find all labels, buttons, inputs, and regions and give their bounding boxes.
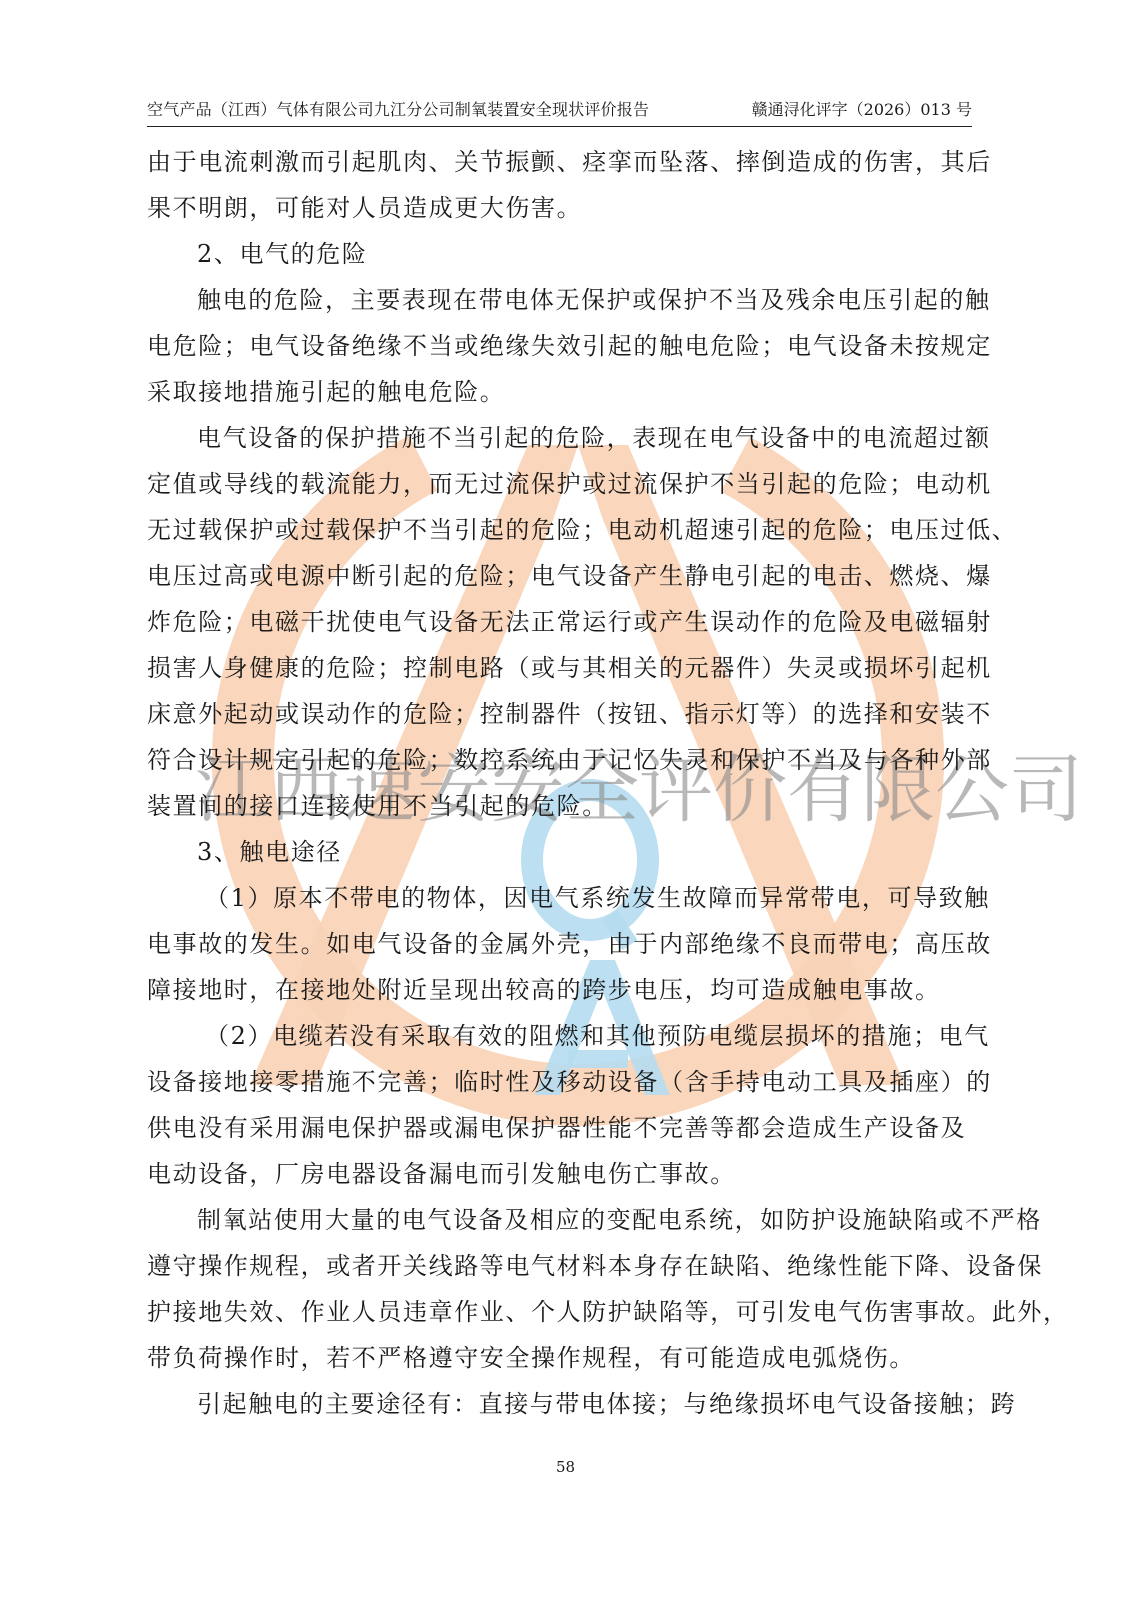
body-line: 电动设备，厂房电器设备漏电而引发触电伤亡事故。	[147, 1151, 1007, 1197]
body-line: 电危险；电气设备绝缘不当或绝缘失效引起的触电危险；电气设备未按规定	[147, 323, 1007, 369]
body-line: （2）电缆若没有采取有效的阻燃和其他预防电缆层损坏的措施；电气	[147, 1013, 1007, 1059]
body-line: 符合设计规定引起的危险；数控系统由于记忆失灵和保护不当及与各种外部	[147, 737, 1007, 783]
report-number: 赣通浔化评字（2026）013 号	[752, 98, 972, 122]
body-line: 带负荷操作时，若不严格遵守安全操作规程，有可能造成电弧烧伤。	[147, 1335, 1007, 1381]
body-line: 采取接地措施引起的触电危险。	[147, 369, 1007, 415]
document-body: 由于电流刺激而引起肌肉、关节振颤、痉挛而坠落、摔倒造成的伤害，其后 果不明朗，可…	[147, 139, 1007, 1427]
body-line: 设备接地接零措施不完善；临时性及移动设备（含手持电动工具及插座）的	[147, 1059, 1007, 1105]
body-line: 供电没有采用漏电保护器或漏电保护器性能不完善等都会造成生产设备及	[147, 1105, 1007, 1151]
document-page: 江西速安安全评价有限公司 空气产品（江西）气体有限公司九江分公司制氧装置安全现状…	[0, 0, 1131, 1600]
body-line: （1）原本不带电的物体，因电气系统发生故障而异常带电，可导致触	[147, 875, 1007, 921]
body-line: 定值或导线的载流能力，而无过流保护或过流保护不当引起的危险；电动机	[147, 461, 1007, 507]
body-line: 电压过高或电源中断引起的危险；电气设备产生静电引起的电击、燃烧、爆	[147, 553, 1007, 599]
body-line: 床意外起动或误动作的危险；控制器件（按钮、指示灯等）的选择和安装不	[147, 691, 1007, 737]
body-line: 电气设备的保护措施不当引起的危险，表现在电气设备中的电流超过额	[147, 415, 1007, 461]
body-line: 电事故的发生。如电气设备的金属外壳，由于内部绝缘不良而带电；高压故	[147, 921, 1007, 967]
body-line: 无过载保护或过载保护不当引起的危险；电动机超速引起的危险；电压过低、	[147, 507, 1007, 553]
body-line: 护接地失效、作业人员违章作业、个人防护缺陷等，可引发电气伤害事故。此外，	[147, 1289, 1007, 1335]
page-header: 空气产品（江西）气体有限公司九江分公司制氧装置安全现状评价报告 赣通浔化评字（2…	[147, 96, 972, 127]
body-line: 障接地时，在接地处附近呈现出较高的跨步电压，均可造成触电事故。	[147, 967, 1007, 1013]
section-heading: 2、电气的危险	[147, 231, 1007, 277]
section-heading: 3、触电途径	[147, 829, 1007, 875]
body-line: 引起触电的主要途径有：直接与带电体接；与绝缘损坏电气设备接触；跨	[147, 1381, 1007, 1427]
report-title: 空气产品（江西）气体有限公司九江分公司制氧装置安全现状评价报告	[147, 98, 649, 122]
body-line: 制氧站使用大量的电气设备及相应的变配电系统，如防护设施缺陷或不严格	[147, 1197, 1007, 1243]
body-line: 果不明朗，可能对人员造成更大伤害。	[147, 185, 1007, 231]
body-line: 炸危险；电磁干扰使电气设备无法正常运行或产生误动作的危险及电磁辐射	[147, 599, 1007, 645]
body-line: 装置间的接口连接使用不当引起的危险。	[147, 783, 1007, 829]
body-line: 损害人身健康的危险；控制电路（或与其相关的元器件）失灵或损坏引起机	[147, 645, 1007, 691]
page-number: 58	[0, 1458, 1131, 1476]
body-line: 遵守操作规程，或者开关线路等电气材料本身存在缺陷、绝缘性能下降、设备保	[147, 1243, 1007, 1289]
body-line: 触电的危险，主要表现在带电体无保护或保护不当及残余电压引起的触	[147, 277, 1007, 323]
body-line: 由于电流刺激而引起肌肉、关节振颤、痉挛而坠落、摔倒造成的伤害，其后	[147, 139, 1007, 185]
